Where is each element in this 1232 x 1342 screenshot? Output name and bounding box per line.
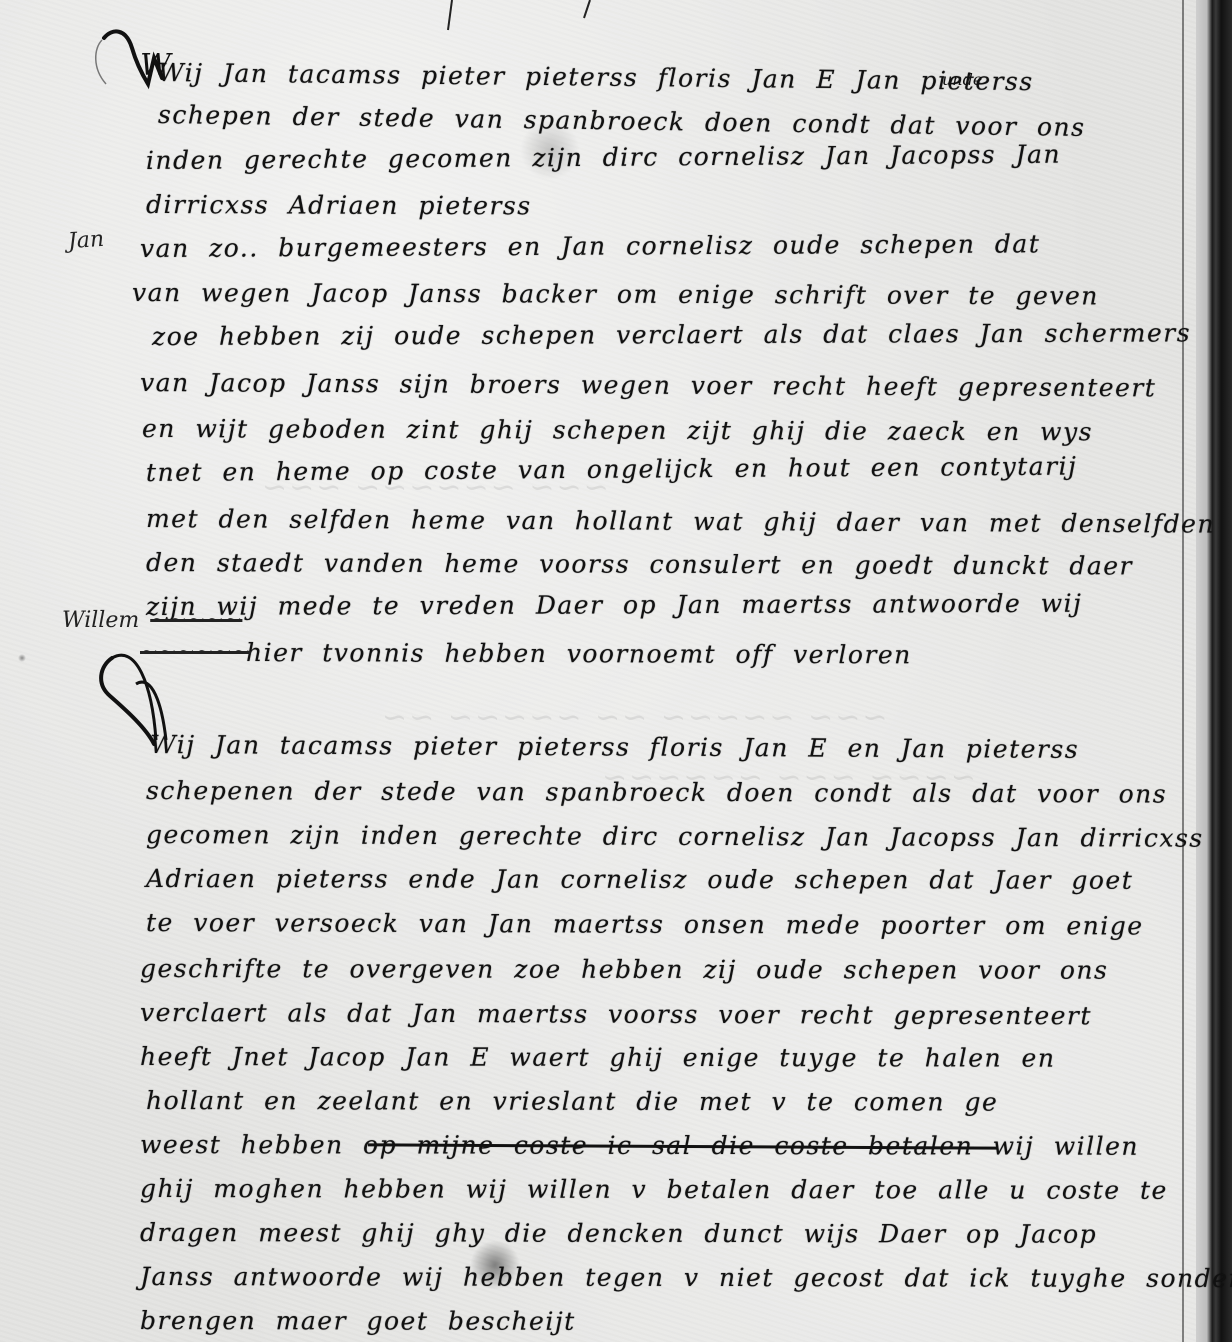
manuscript-line: dragen meest ghij ghy die dencken dunct …	[140, 1218, 1097, 1249]
manuscript-line: den staedt vanden heme voorss consulert …	[146, 548, 1133, 580]
margin-name: Willem	[62, 608, 139, 633]
book-binding-edge	[1196, 0, 1232, 1342]
manuscript-line: verclaert als dat Jan maertss voorss voe…	[140, 998, 1092, 1030]
manuscript-line: schepenen der stede van spanbroeck doen …	[146, 776, 1167, 809]
page-ruling-line	[1182, 0, 1184, 1342]
manuscript-line: van Jacop Janss sijn broers wegen voer r…	[140, 368, 1157, 402]
manuscript-line: gecomen zijn inden gerechte dirc corneli…	[146, 820, 1204, 853]
manuscript-line: brengen maer goet bescheijt	[140, 1306, 576, 1336]
manuscript-line: ghij moghen hebben wij willen v betalen …	[140, 1174, 1168, 1205]
manuscript-line: hier tvonnis hebben voornoemt off verlor…	[246, 638, 912, 669]
crossed-margin-note: Willem ~~~~~	[62, 608, 242, 633]
manuscript-line: dirricxss Adriaen pieterss	[146, 190, 532, 220]
manuscript-line: en wijt geboden zint ghij schepen zijt g…	[142, 414, 1093, 446]
manuscript-line: schepen der stede van spanbroeck doen co…	[158, 100, 1086, 142]
manuscript-line: van wegen Jacop Janss backer om enige sc…	[132, 278, 1099, 310]
manuscript-line: Adriaen pieterss ende Jan cornelisz oude…	[146, 864, 1133, 895]
ink-smudge	[520, 120, 580, 180]
ink-spot	[18, 654, 26, 662]
manuscript-line: Janss antwoorde wij hebben tegen v niet …	[140, 1262, 1232, 1293]
manuscript-line: geschrifte te overgeven zoe hebben zij o…	[140, 954, 1108, 985]
manuscript-line: zoe hebben zij oude schepen verclaert al…	[152, 318, 1191, 351]
manuscript-line: heeft Jnet Jacop Jan E waert ghij enige …	[140, 1042, 1056, 1073]
manuscript-line: inden gerechte gecomen zijn dirc corneli…	[146, 140, 1061, 175]
manuscript-line: zijn wij mede te vreden Daer op Jan maer…	[146, 589, 1082, 621]
struck-word: ~~~~~	[150, 608, 242, 633]
margin-note: Jan	[67, 227, 105, 254]
manuscript-page: ~~~ ~~~~~ ~~ ~~~~~ ~~ ~~~~ ~~~ ~~~~~~ ~~…	[0, 0, 1232, 1342]
manuscript-line: Wij Jan tacamss pieter pieterss floris J…	[150, 730, 1079, 764]
manuscript-line: met den selfden heme van hollant wat ghi…	[146, 504, 1215, 539]
top-ascender-strokes	[0, 0, 1232, 40]
manuscript-line: hollant en zeelant en vrieslant die met …	[146, 1086, 998, 1116]
bleed-through-text: ~~~ ~~~~~ ~~ ~~~~~ ~~	[380, 700, 887, 735]
manuscript-line: te voer versoeck van Jan maertss onsen m…	[146, 908, 1144, 940]
manuscript-line: tnet en heme op coste van ongelijck en h…	[146, 451, 1078, 487]
ink-smudge	[470, 1240, 520, 1290]
manuscript-line: Wij Jan tacamss pieter pieterss floris J…	[158, 58, 1034, 96]
manuscript-line: van zo.. burgemeesters en Jan cornelisz …	[140, 229, 1040, 263]
